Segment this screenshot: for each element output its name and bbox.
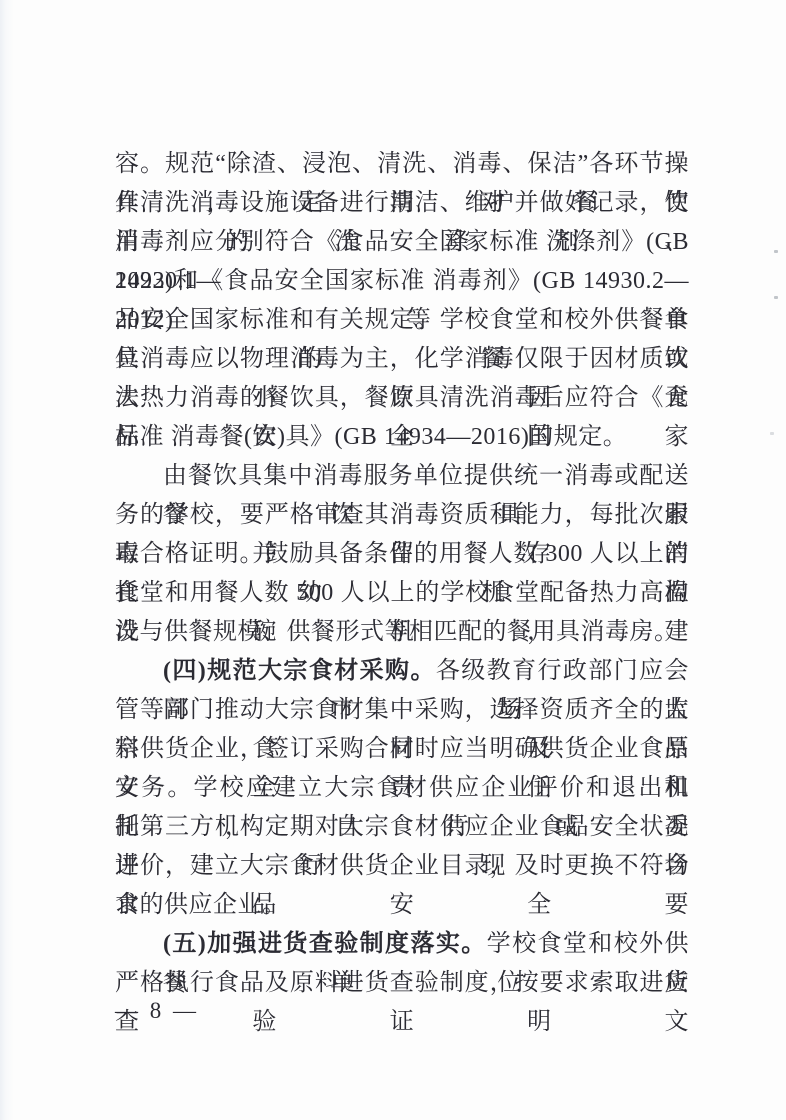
scan-edge-shadow [0,0,14,1120]
scan-speck [774,250,778,253]
text-line: 2022)和《食品安全国家标准 消毒剂》(GB 14930.2—2012)等食 [115,262,689,301]
text-line: (四)规范大宗食材采购。各级教育行政部门应会同市场监 [115,652,689,691]
text-line: 具清洗消毒设施设备进行清洁、维护并做好记录，使用的洗涤剂、 [115,184,689,223]
text-line: 料供货企业，签订采购合同时应当明确供货企业食品安全责任和 [115,730,689,769]
text-line: 由餐饮具集中消毒服务单位提供统一消毒或配送餐饮具服 [115,457,689,496]
text-line: 消毒剂应分别符合《食品安全国家标准 洗涤剂》(GB 14930.1— [115,223,689,262]
page-number: — 8 — [115,998,199,1024]
scan-speck [770,432,774,435]
text-line: 务的学校，要严格审查其消毒资质和能力，每批次索取并留存消 [115,496,689,535]
text-line: 义务。学校应建立大宗食材供应企业评价和退出机制，自行或委 [115,769,689,808]
text-line: 具消毒应以物理消毒为主，化学消毒仅限于因材质或大小原因无 [115,340,689,379]
text-line: 标准 消毒餐(饮)具》(GB 14934—2016)的规定。 [115,418,689,457]
text-line: 品安全国家标准和有关规定。学校食堂和校外供餐单位的餐饮 [115,301,689,340]
text-line: 严格执行食品及原料进货查验制度，按要求索取进货查验证明文 [115,964,689,1003]
document-page: 容。规范“除渣、浸泡、清洗、消毒、保洁”各环节操作，定期对餐饮具清洗消毒设施设备… [0,0,786,1120]
section-heading-text: (五)加强进货查验制度落实。 [163,931,487,957]
text-line: 毒合格证明。鼓励具备条件的用餐人数 300 人以上的托幼机构 [115,535,689,574]
text-line: 容。规范“除渣、浸泡、清洗、消毒、保洁”各环节操作，定期对餐饮 [115,145,689,184]
section-heading-text: (四)规范大宗食材采购。 [163,658,436,684]
text-line: 托第三方机构定期对大宗食材供应企业食品安全状况进行现场 [115,808,689,847]
document-body-text: 容。规范“除渣、浸泡、清洗、消毒、保洁”各环节操作，定期对餐饮具清洗消毒设施设备… [115,145,689,1003]
scan-speck [774,296,778,299]
text-line: (五)加强进货查验制度落实。学校食堂和校外供餐单位应 [115,925,689,964]
text-line: 评价，建立大宗食材供货企业目录，及时更换不符合食品安全要 [115,847,689,886]
text-line: 管等部门推动大宗食材集中采购，选择资质齐全的大宗食材及原 [115,691,689,730]
text-line: 食堂和用餐人数 500 人以上的学校食堂配备热力高温洗碗机，建 [115,574,689,613]
text-line: 法热力消毒的餐饮具，餐饮具清洗消毒后应符合《食品安全国家 [115,379,689,418]
text-line: 设与供餐规模、供餐形式等相匹配的餐用具消毒房。 [115,613,689,652]
